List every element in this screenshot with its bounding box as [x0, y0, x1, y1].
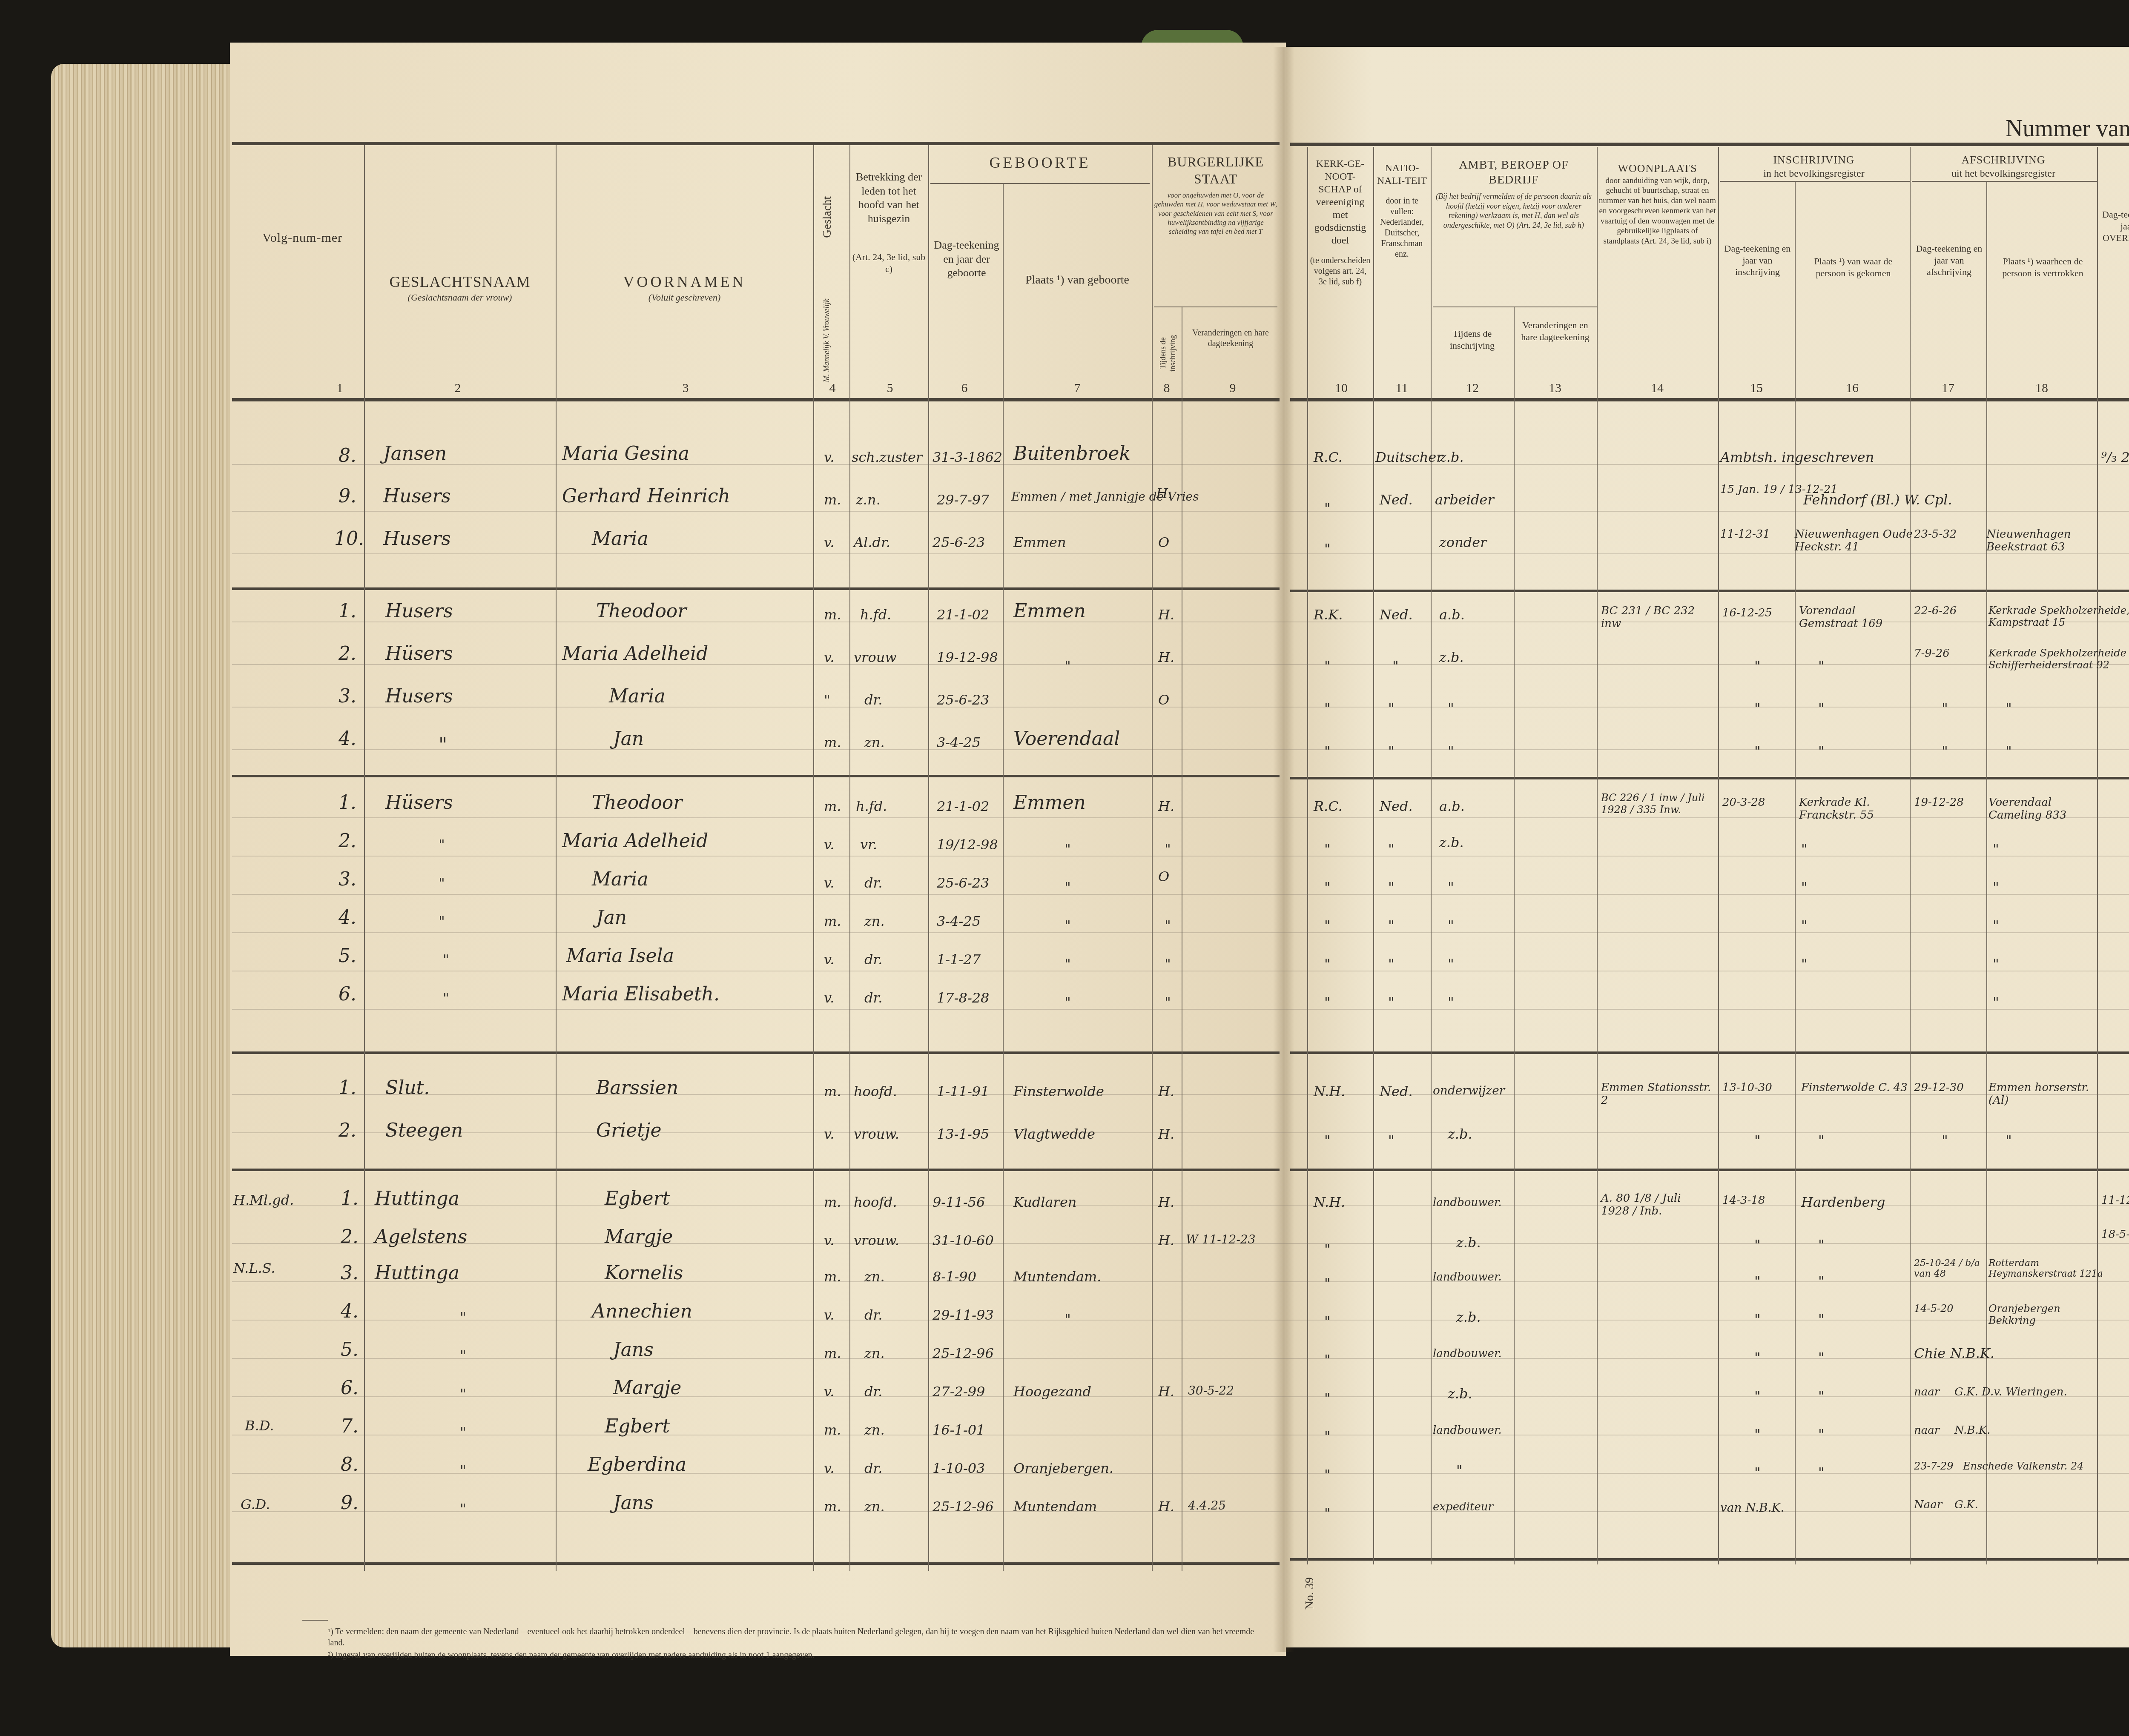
register-cell: H. — [1156, 485, 1172, 501]
ruling-line — [2097, 147, 2098, 1564]
register-cell: Slut. — [385, 1077, 430, 1099]
register-cell: m. — [824, 1345, 841, 1361]
col-header-11: NATIO-NALI-TEIT door in te vullen: Neder… — [1375, 162, 1429, 260]
register-cell: 1-11-91 — [937, 1083, 989, 1100]
register-cell: Emmen — [1013, 792, 1086, 814]
register-cell: Huttinga — [375, 1262, 459, 1284]
register-cell: 19-12-98 — [937, 649, 998, 665]
register-cell: 2. — [339, 643, 356, 665]
register-cell: " — [1818, 1464, 1825, 1481]
register-cell: landbouwer. — [1433, 1196, 1502, 1209]
register-cell: 3. — [341, 1262, 359, 1284]
register-cell: " — [2006, 700, 2012, 716]
register-cell: Kornelis — [605, 1262, 683, 1284]
ruling-line — [1003, 183, 1004, 1571]
col-number: 2 — [445, 381, 471, 395]
register-cell: " — [1388, 841, 1394, 857]
register-cell: " — [1942, 700, 1948, 716]
register-cell: Margje — [613, 1377, 681, 1399]
register-cell: Maria — [592, 528, 648, 550]
register-cell: R.C. — [1314, 449, 1343, 465]
register-cell: v. — [824, 990, 834, 1006]
register-cell: 6. — [341, 1377, 359, 1399]
register-cell: " — [1064, 658, 1071, 674]
register-cell: 2. — [339, 830, 356, 852]
register-cell: " — [1388, 956, 1394, 972]
register-cell: 4. — [339, 907, 356, 928]
col-header-2: GESLACHTSNAAM (Geslachtsnaam der vrouw) — [370, 272, 549, 304]
register-cell: G.K. — [1954, 1498, 1978, 1511]
register-cell: Finsterwolde — [1013, 1083, 1104, 1100]
ruling-line — [232, 1132, 2129, 1133]
register-cell: Theodoor — [592, 792, 682, 814]
register-cell: Agelstens — [375, 1226, 467, 1248]
register-cell: 6. — [339, 983, 356, 1005]
col-number: 3 — [673, 381, 698, 395]
register-cell: 2. — [339, 1120, 356, 1141]
register-cell: " — [1993, 994, 1999, 1010]
register-cell: " — [1801, 917, 1808, 934]
register-cell: " — [1754, 1132, 1761, 1149]
col-number: 12 — [1460, 381, 1485, 395]
register-cell: 1. — [339, 1077, 356, 1099]
col-number: 19 — [2123, 381, 2129, 395]
group-rule — [232, 1169, 1280, 1171]
register-cell: " — [1324, 743, 1331, 759]
register-cell: Fehndorf (Bl.) W. Cpl. — [1803, 492, 1952, 508]
ruling-line — [232, 1435, 2129, 1435]
register-cell: Grietje — [596, 1120, 662, 1141]
register-cell: v. — [824, 1232, 834, 1249]
register-cell: Barssien — [596, 1077, 678, 1099]
register-cell: Husers — [385, 600, 453, 622]
register-cell: dr. — [864, 1307, 882, 1323]
register-cell: expediteur — [1433, 1501, 1493, 1513]
register-cell: v. — [824, 534, 834, 550]
ruling-line — [232, 932, 2129, 933]
register-cell: Annechien — [592, 1301, 692, 1322]
ruling-line — [1718, 147, 1719, 1564]
register-cell: " — [1324, 700, 1331, 716]
col-header-13: Veranderingen en hare dagteekening — [1516, 319, 1595, 343]
col-number: 4 — [820, 381, 845, 395]
ruling-line — [930, 183, 1150, 184]
register-cell: 13-10-30 — [1722, 1081, 1772, 1094]
col-header-3: VOORNAMEN (Voluit geschreven) — [562, 272, 807, 304]
footnote-1: ¹) Te vermelden: den naam der gemeente v… — [328, 1626, 1265, 1648]
ruling-line — [1152, 145, 1153, 1571]
ruling-line — [232, 511, 2129, 512]
col-header-17: Dag-teekening en jaar van afschrijving — [1914, 243, 1984, 278]
register-cell: " — [1754, 743, 1761, 759]
register-cell: Jans — [613, 1339, 654, 1361]
register-cell: " — [1392, 658, 1399, 674]
register-cell: " — [1993, 841, 1999, 857]
register-cell: 4. — [339, 728, 356, 750]
register-cell: " — [1165, 956, 1171, 972]
register-cell: Hüsers — [385, 643, 453, 665]
register-cell: Gerhard Heinrich — [562, 485, 730, 507]
register-cell: 20-3-28 — [1722, 796, 1765, 809]
register-cell: " — [824, 692, 830, 708]
group-rule — [1290, 590, 2129, 592]
register-cell: " — [1754, 1349, 1761, 1366]
register-cell: 31-10-60 — [933, 1232, 994, 1249]
register-cell: Maria Isela — [566, 945, 674, 967]
register-cell: 9-11-56 — [933, 1194, 985, 1210]
register-cell: " — [1324, 917, 1331, 934]
register-cell: 11-12-23 — [2101, 1194, 2129, 1207]
register-cell: " — [1754, 1426, 1761, 1442]
footnote-2: ²) Ingeval van overlijden buiten de woon… — [328, 1650, 1265, 1661]
register-cell: 1. — [341, 1188, 359, 1209]
col-number: 7 — [1064, 381, 1090, 395]
register-cell: Maria Elisabeth. — [562, 983, 720, 1005]
register-cell: 3-4-25 — [937, 734, 981, 751]
ruling-line — [232, 1281, 2129, 1282]
register-cell: arbeider — [1435, 492, 1494, 508]
register-cell: " — [1818, 1273, 1825, 1289]
register-cell: " — [1324, 500, 1331, 516]
register-cell: z.b. — [1456, 1309, 1481, 1325]
register-cell: Vorendaal Gemstraat 169 — [1799, 604, 1910, 630]
register-cell: 29-7-97 — [937, 492, 989, 508]
register-cell: dr. — [864, 1460, 882, 1476]
register-cell: 17-8-28 — [937, 990, 989, 1006]
register-cell: landbouwer. — [1433, 1424, 1502, 1437]
register-cell: m. — [824, 1422, 841, 1438]
group-rule — [1290, 1558, 2129, 1561]
register-cell: vrouw. — [854, 1232, 899, 1249]
register-cell: " — [1448, 879, 1454, 895]
register-cell: B.D. — [245, 1418, 274, 1434]
ruling-line — [232, 664, 2129, 665]
register-cell: " — [1324, 1132, 1331, 1149]
group-header-geboorte: GEBOORTE — [930, 153, 1150, 172]
register-cell: 10. — [334, 528, 364, 550]
register-cell: dr. — [864, 990, 882, 1006]
register-cell: " — [460, 1501, 466, 1517]
register-cell: " — [1993, 917, 1999, 934]
register-cell: z.n. — [856, 492, 881, 508]
ruling-line — [1307, 147, 1308, 1564]
register-cell: " — [1818, 743, 1825, 759]
col-number: 5 — [877, 381, 903, 395]
register-cell: z.b. — [1456, 1235, 1481, 1251]
register-cell: m. — [824, 1269, 841, 1285]
register-cell: " — [1448, 917, 1454, 934]
register-cell: zn. — [864, 1422, 885, 1438]
header-bottom-rule — [232, 398, 1280, 401]
register-cell: " — [1324, 994, 1331, 1010]
register-cell: 29-11-93 — [933, 1307, 994, 1323]
register-cell: 5. — [341, 1339, 359, 1361]
header-top-rule — [232, 142, 1280, 145]
register-cell: zn. — [864, 1269, 885, 1285]
header-top-rule-right — [1290, 143, 2129, 146]
register-cell: " — [1324, 658, 1331, 674]
col-number: 11 — [1389, 381, 1415, 395]
register-cell: " — [1801, 879, 1808, 895]
col-number: 16 — [1839, 381, 1865, 395]
register-cell: Hoogezand — [1013, 1384, 1091, 1400]
book-gutter — [1273, 47, 1294, 1652]
register-cell: v. — [824, 1460, 834, 1476]
register-cell: Ned. — [1380, 798, 1413, 814]
register-cell: Steegen — [385, 1120, 463, 1141]
register-cell: " — [1324, 1313, 1331, 1329]
ruling-line — [1514, 307, 1515, 1564]
register-cell: H. — [1158, 798, 1174, 814]
register-cell: sch.zuster — [852, 449, 922, 465]
register-cell: " — [1324, 841, 1331, 857]
register-cell: landbouwer. — [1433, 1271, 1502, 1283]
register-cell: 5. — [339, 945, 356, 967]
register-cell: Huttinga — [375, 1188, 459, 1209]
register-cell: Margje — [605, 1226, 673, 1248]
register-cell: Naar — [1914, 1498, 1942, 1511]
register-cell: 30-5-22 — [1188, 1384, 1234, 1398]
ruling-line — [1373, 147, 1374, 1564]
ruling-line — [928, 145, 929, 1571]
register-cell: Kerkrade Spekholzerheide Schifferheiders… — [1988, 647, 2129, 671]
register-cell: " — [460, 1386, 466, 1402]
register-cell: 25-6-23 — [937, 692, 989, 708]
register-cell: landbouwer. — [1433, 1347, 1502, 1360]
register-cell: " — [1388, 994, 1394, 1010]
register-cell: Buitenbroek — [1013, 443, 1130, 464]
col-number: 1 — [327, 381, 353, 395]
page-number-label: Nummer van het blad — [2006, 115, 2129, 142]
register-cell: " — [1064, 956, 1071, 972]
register-cell: Muntendam — [1013, 1498, 1097, 1515]
right-page — [1286, 47, 2129, 1647]
register-cell: m. — [824, 1194, 841, 1210]
register-cell: Finsterwolde C. 43 — [1801, 1081, 1908, 1094]
register-cell: dr. — [864, 951, 882, 968]
register-cell: h.fd. — [856, 798, 887, 814]
register-cell: H. — [1158, 607, 1174, 623]
ruling-line — [849, 145, 850, 1571]
col-header-18: Plaats ¹) waarheen de persoon is vertrok… — [1991, 255, 2095, 279]
register-cell: " — [2006, 1132, 2012, 1149]
register-cell: BC 231 / BC 232 inw — [1601, 604, 1716, 630]
register-cell: BC 226 / 1 inw / Juli 1928 / 335 Inw. — [1601, 792, 1712, 816]
register-cell: " — [1324, 1390, 1331, 1406]
register-cell: 16-12-25 — [1722, 607, 1772, 619]
col-header-4-note: M. Mannelijk V. Vrouwelijk — [822, 298, 832, 383]
register-cell: H.Ml.gd. — [233, 1192, 294, 1208]
ruling-line — [232, 1009, 2129, 1010]
group-rule — [232, 1562, 1280, 1565]
register-cell: Emmen Stationsstr. 2 — [1601, 1081, 1712, 1107]
register-cell: " — [1818, 1132, 1825, 1149]
register-cell: Emmen — [1013, 534, 1066, 550]
register-cell: 19/12-98 — [937, 836, 998, 853]
register-cell: m. — [824, 913, 841, 929]
col-header-14: WOONPLAATS door aanduiding van wijk, dor… — [1599, 162, 1716, 246]
register-cell: 23-5-32 — [1914, 528, 1957, 541]
register-cell: " — [1324, 879, 1331, 895]
ruling-line — [232, 1358, 2129, 1359]
register-cell: vrouw — [854, 649, 897, 665]
register-cell: m. — [824, 734, 841, 751]
col-header-4: Geslacht — [820, 162, 835, 272]
register-cell: Kerkrade Kl. Franckstr. 55 — [1799, 796, 1910, 822]
register-cell: 1. — [339, 792, 356, 814]
register-cell: naar — [1914, 1424, 1940, 1437]
register-cell: zn. — [864, 1345, 885, 1361]
register-cell: " — [1388, 879, 1394, 895]
register-cell: 21-1-02 — [937, 607, 989, 623]
register-cell: " — [1165, 917, 1171, 934]
register-cell: Oranjebergen Bekkring — [1988, 1303, 2095, 1326]
register-cell: 3. — [339, 868, 356, 890]
col-header-1: Volg-num-mer — [247, 230, 358, 246]
register-cell: 14-5-20 — [1914, 1303, 1954, 1315]
col-number: 17 — [1935, 381, 1961, 395]
register-cell: h.fd. — [860, 607, 891, 623]
register-cell: " — [439, 734, 447, 756]
register-cell: 25-12-96 — [933, 1498, 994, 1515]
register-cell: 9. — [341, 1492, 359, 1514]
register-cell: " — [1818, 1426, 1825, 1442]
register-cell: z.b. — [1439, 649, 1464, 665]
register-cell: H. — [1158, 1083, 1174, 1100]
register-cell: H. — [1158, 1232, 1174, 1249]
register-cell: " — [1754, 1388, 1761, 1404]
register-cell: 16-1-01 — [933, 1422, 985, 1438]
register-cell: " — [1942, 1132, 1948, 1149]
register-cell: Hüsers — [385, 792, 453, 814]
register-cell: Enschede Valkenstr. 24 — [1963, 1460, 2091, 1472]
register-cell: Theodoor — [596, 600, 686, 622]
register-cell: 25-10-24 / b/a van 48 — [1914, 1258, 1986, 1279]
register-cell: " — [1165, 841, 1171, 857]
ruling-line — [813, 145, 814, 1571]
register-cell: Maria — [592, 868, 648, 890]
group-rule — [1290, 1169, 2129, 1171]
register-cell: z.b. — [1448, 1386, 1472, 1402]
register-cell: v. — [824, 1384, 834, 1400]
register-cell: " — [1324, 1275, 1331, 1291]
register-cell: Ned. — [1380, 607, 1413, 623]
register-cell: N.B.K. — [1950, 1345, 1994, 1361]
col-header-10: KERK-GE-NOOT-SCHAP of vereeniging met go… — [1309, 158, 1371, 287]
register-cell: vrouw. — [854, 1126, 899, 1142]
register-cell: " — [460, 1347, 466, 1364]
book-page-edges-left — [51, 64, 230, 1647]
register-cell: 3-4-25 — [937, 913, 981, 929]
register-cell: 14-3-18 — [1722, 1194, 1765, 1207]
col-header-7: Plaats ¹) van geboorte — [1007, 272, 1148, 287]
register-cell: naar — [1914, 1386, 1940, 1398]
ruling-line — [1720, 181, 1910, 182]
register-cell: 3. — [339, 685, 356, 707]
group-header-ambt: AMBT, BEROEP OF BEDRIJF (Bij het bedrijf… — [1433, 158, 1595, 230]
register-cell: H. — [1158, 1126, 1174, 1142]
register-cell: " — [1448, 956, 1454, 972]
group-rule — [232, 1051, 1280, 1054]
register-cell: Jan — [613, 728, 644, 750]
register-cell: Rotterdam Heymanskerstraat 121a — [1988, 1258, 2103, 1279]
register-cell: 19-12-28 — [1914, 796, 1964, 809]
ruling-line — [232, 1473, 2129, 1474]
register-cell: v. — [824, 951, 834, 968]
register-cell: a.b. — [1439, 607, 1465, 623]
register-cell: Maria Adelheid — [562, 830, 708, 852]
ruling-line — [232, 1094, 2129, 1095]
register-cell: " — [1993, 956, 1999, 972]
register-cell: " — [443, 990, 449, 1006]
register-cell: v. — [824, 649, 834, 665]
register-cell: vr. — [860, 836, 877, 853]
register-cell: 25-12-96 — [933, 1345, 994, 1361]
register-cell: 8. — [339, 445, 356, 467]
register-cell: " — [1324, 1467, 1331, 1483]
register-cell: Kerkrade Spekholzerheide, Kampstraat 15 — [1988, 604, 2129, 628]
register-cell: O — [1158, 868, 1169, 885]
col-header-19: Dag-teekening en jaar van OVERLIJDEN ²) — [2099, 209, 2129, 244]
col-header-9: Veranderingen en hare dagteekening — [1186, 328, 1275, 349]
register-cell: 25-6-23 — [937, 875, 989, 891]
register-cell: " — [1324, 541, 1331, 557]
register-cell: zn. — [864, 913, 885, 929]
header-bottom-rule-right — [1290, 398, 2129, 401]
register-cell: " — [1064, 841, 1071, 857]
register-cell: Muntendam. — [1013, 1269, 1101, 1285]
register-cell: G.D. — [241, 1496, 270, 1513]
register-cell: Oranjebergen. — [1013, 1460, 1113, 1476]
register-cell: O — [1158, 692, 1169, 708]
register-cell: " — [1818, 658, 1825, 674]
register-cell: m. — [824, 1083, 841, 1100]
ruling-line — [232, 1511, 2129, 1512]
register-cell: " — [1448, 743, 1454, 759]
register-cell: a.b. — [1439, 798, 1465, 814]
register-cell: v. — [824, 1307, 834, 1323]
group-header-afschrijving: AFSCHRIJVING uit het bevolkingsregister — [1912, 153, 2095, 180]
register-cell: " — [1064, 917, 1071, 934]
register-cell: 2. — [341, 1226, 359, 1248]
ruling-line — [302, 1620, 328, 1621]
register-cell: Ned. — [1380, 1083, 1413, 1100]
register-cell: " — [1818, 1388, 1825, 1404]
register-cell: Nieuwenhagen Oude Heckstr. 41 — [1795, 528, 1918, 553]
col-header-15: Dag-teekening en jaar van inschrijving — [1722, 243, 1793, 278]
register-cell: " — [1818, 1237, 1825, 1253]
register-cell: z.b. — [1439, 449, 1464, 465]
register-cell: Emmen — [1013, 600, 1086, 622]
register-cell: " — [1754, 658, 1761, 674]
register-cell: v. — [824, 836, 834, 853]
register-cell: N.H. — [1314, 1083, 1345, 1100]
register-cell: m. — [824, 492, 841, 508]
register-cell: H. — [1158, 1498, 1174, 1515]
register-cell: 29-12-30 — [1914, 1081, 1964, 1094]
register-cell: H. — [1158, 1194, 1174, 1210]
register-cell: " — [2006, 743, 2012, 759]
register-cell: " — [439, 875, 445, 891]
register-cell: 7-9-26 — [1914, 647, 1950, 660]
register-cell: ⁹/₃ 24 — [2101, 449, 2129, 465]
register-cell: " — [1818, 700, 1825, 716]
register-cell: R.C. — [1314, 798, 1343, 814]
register-cell: " — [439, 913, 445, 929]
register-cell: R.K. — [1314, 607, 1343, 623]
register-cell: " — [1324, 1505, 1331, 1521]
register-cell: " — [1754, 1311, 1761, 1327]
